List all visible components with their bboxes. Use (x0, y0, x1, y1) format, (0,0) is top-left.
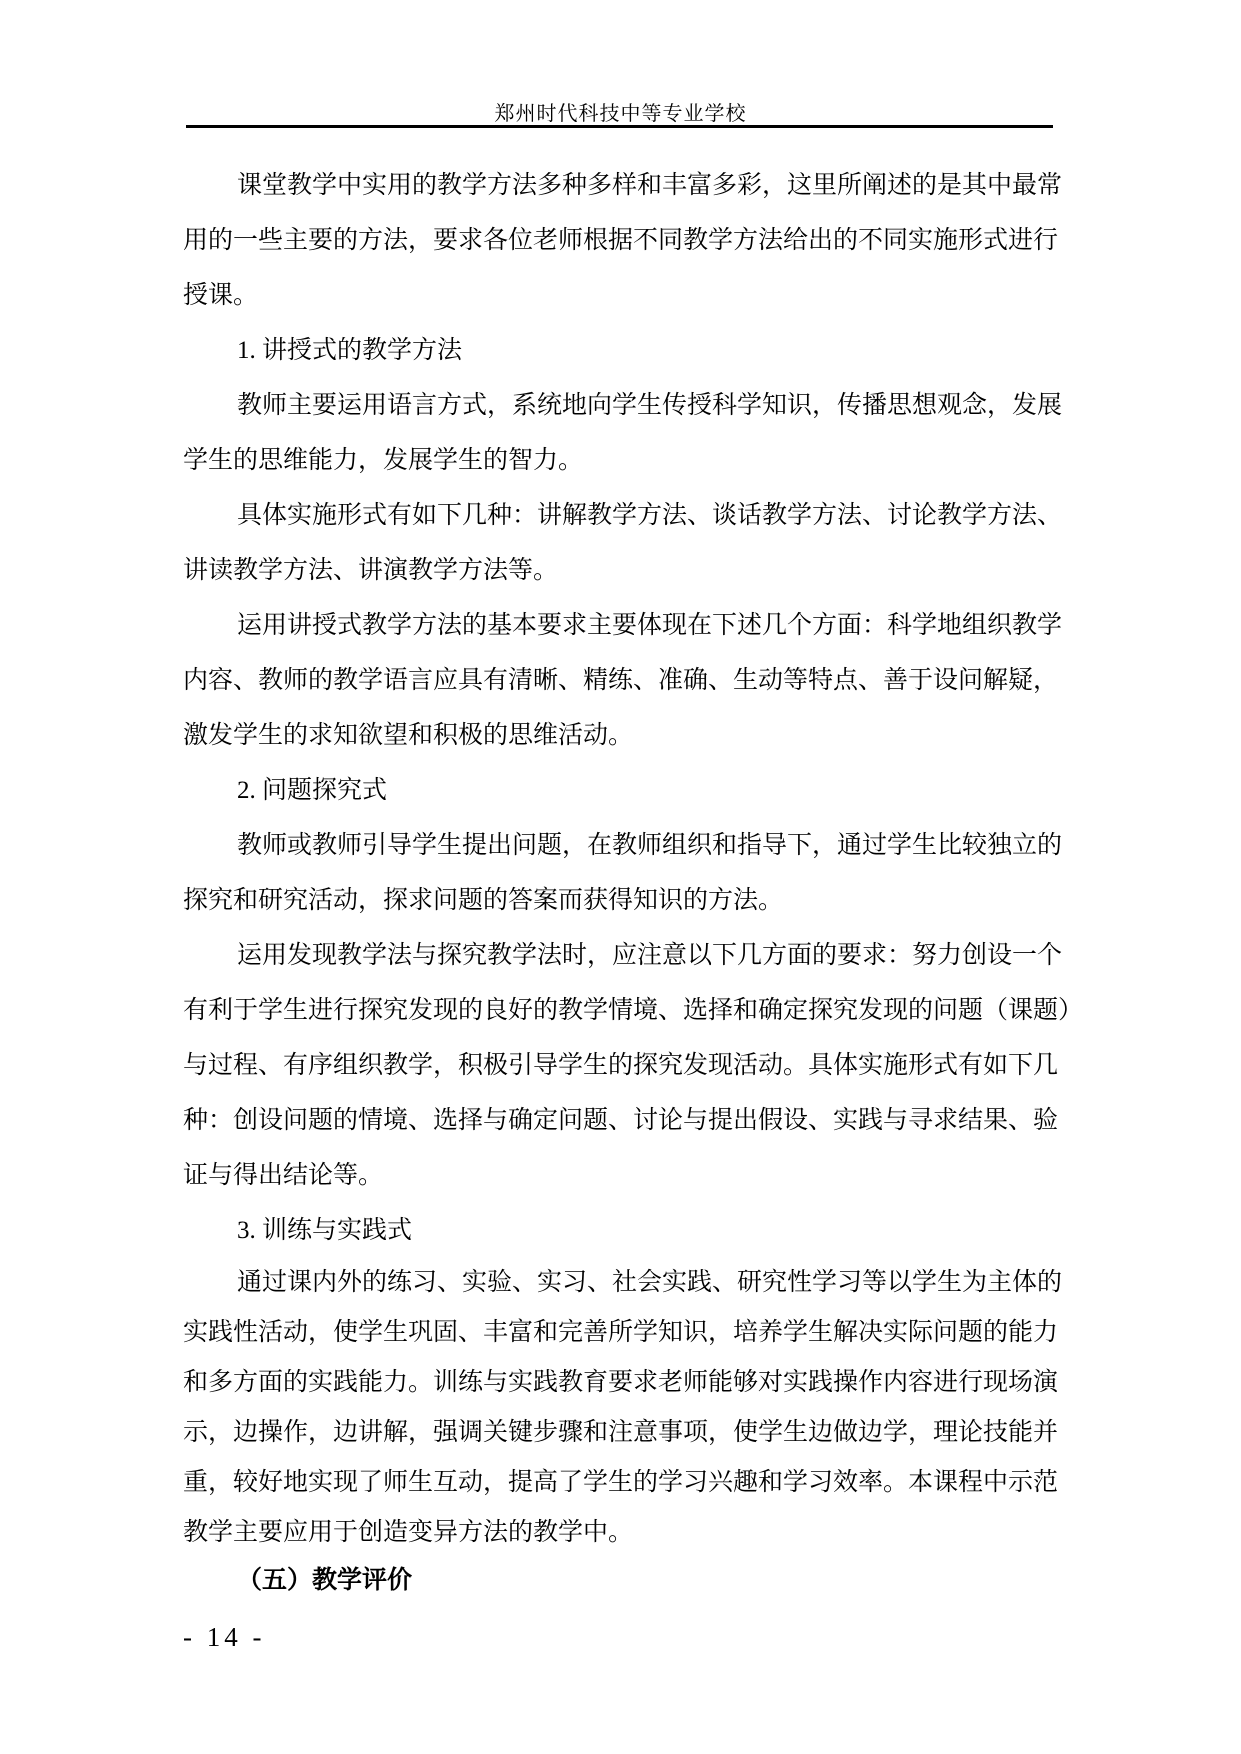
body-line: 3. 训练与实践式 (183, 1200, 1055, 1255)
body-line: 讲读教学方法、讲演教学方法等。 (183, 540, 1055, 595)
body-line: 有利于学生进行探究发现的良好的教学情境、选择和确定探究发现的问题（课题） (183, 980, 1055, 1035)
section-heading: （五）教学评价 (183, 1555, 1055, 1601)
body-line: 教学主要应用于创造变异方法的教学中。 (183, 1505, 1055, 1555)
body-line: 课堂教学中实用的教学方法多种多样和丰富多彩，这里所阐述的是其中最常 (183, 155, 1055, 210)
body-line: 激发学生的求知欲望和积极的思维活动。 (183, 705, 1055, 760)
body-line: 用的一些主要的方法，要求各位老师根据不同教学方法给出的不同实施形式进行 (183, 210, 1055, 265)
body-line: 种：创设问题的情境、选择与确定问题、讨论与提出假设、实践与寻求结果、验 (183, 1090, 1055, 1145)
body-line: 证与得出结论等。 (183, 1145, 1055, 1200)
body-line: 2. 问题探究式 (183, 760, 1055, 815)
body-line: 实践性活动，使学生巩固、丰富和完善所学知识，培养学生解决实际问题的能力 (183, 1305, 1055, 1355)
body-line: 1. 讲授式的教学方法 (183, 320, 1055, 375)
body-line: 与过程、有序组织教学，积极引导学生的探究发现活动。具体实施形式有如下几 (183, 1035, 1055, 1090)
document-page: 郑州时代科技中等专业学校 课堂教学中实用的教学方法多种多样和丰富多彩，这里所阐述… (0, 0, 1241, 1754)
body-line: 重，较好地实现了师生互动，提高了学生的学习兴趣和学习效率。本课程中示范 (183, 1455, 1055, 1505)
body-line: 和多方面的实践能力。训练与实践教育要求老师能够对实践操作内容进行现场演 (183, 1355, 1055, 1405)
body-line: 运用发现教学法与探究教学法时，应注意以下几方面的要求：努力创设一个 (183, 925, 1055, 980)
body-line: 示，边操作，边讲解，强调关键步骤和注意事项，使学生边做边学，理论技能并 (183, 1405, 1055, 1455)
body-line: 学生的思维能力，发展学生的智力。 (183, 430, 1055, 485)
document-body: 课堂教学中实用的教学方法多种多样和丰富多彩，这里所阐述的是其中最常用的一些主要的… (183, 155, 1055, 1601)
page-header-title: 郑州时代科技中等专业学校 (0, 97, 1241, 126)
body-line: 教师主要运用语言方式，系统地向学生传授科学知识，传播思想观念，发展 (183, 375, 1055, 430)
body-line: 通过课内外的练习、实验、实习、社会实践、研究性学习等以学生为主体的 (183, 1255, 1055, 1305)
body-line: 运用讲授式教学方法的基本要求主要体现在下述几个方面：科学地组织教学 (183, 595, 1055, 650)
body-line: 具体实施形式有如下几种：讲解教学方法、谈话教学方法、讨论教学方法、 (183, 485, 1055, 540)
body-line: 内容、教师的教学语言应具有清晰、精练、准确、生动等特点、善于设问解疑， (183, 650, 1055, 705)
page-number: - 14 - (183, 1622, 265, 1653)
body-line: 探究和研究活动，探求问题的答案而获得知识的方法。 (183, 870, 1055, 925)
header-rule (186, 125, 1053, 128)
body-line: 授课。 (183, 265, 1055, 320)
body-line: 教师或教师引导学生提出问题，在教师组织和指导下，通过学生比较独立的 (183, 815, 1055, 870)
